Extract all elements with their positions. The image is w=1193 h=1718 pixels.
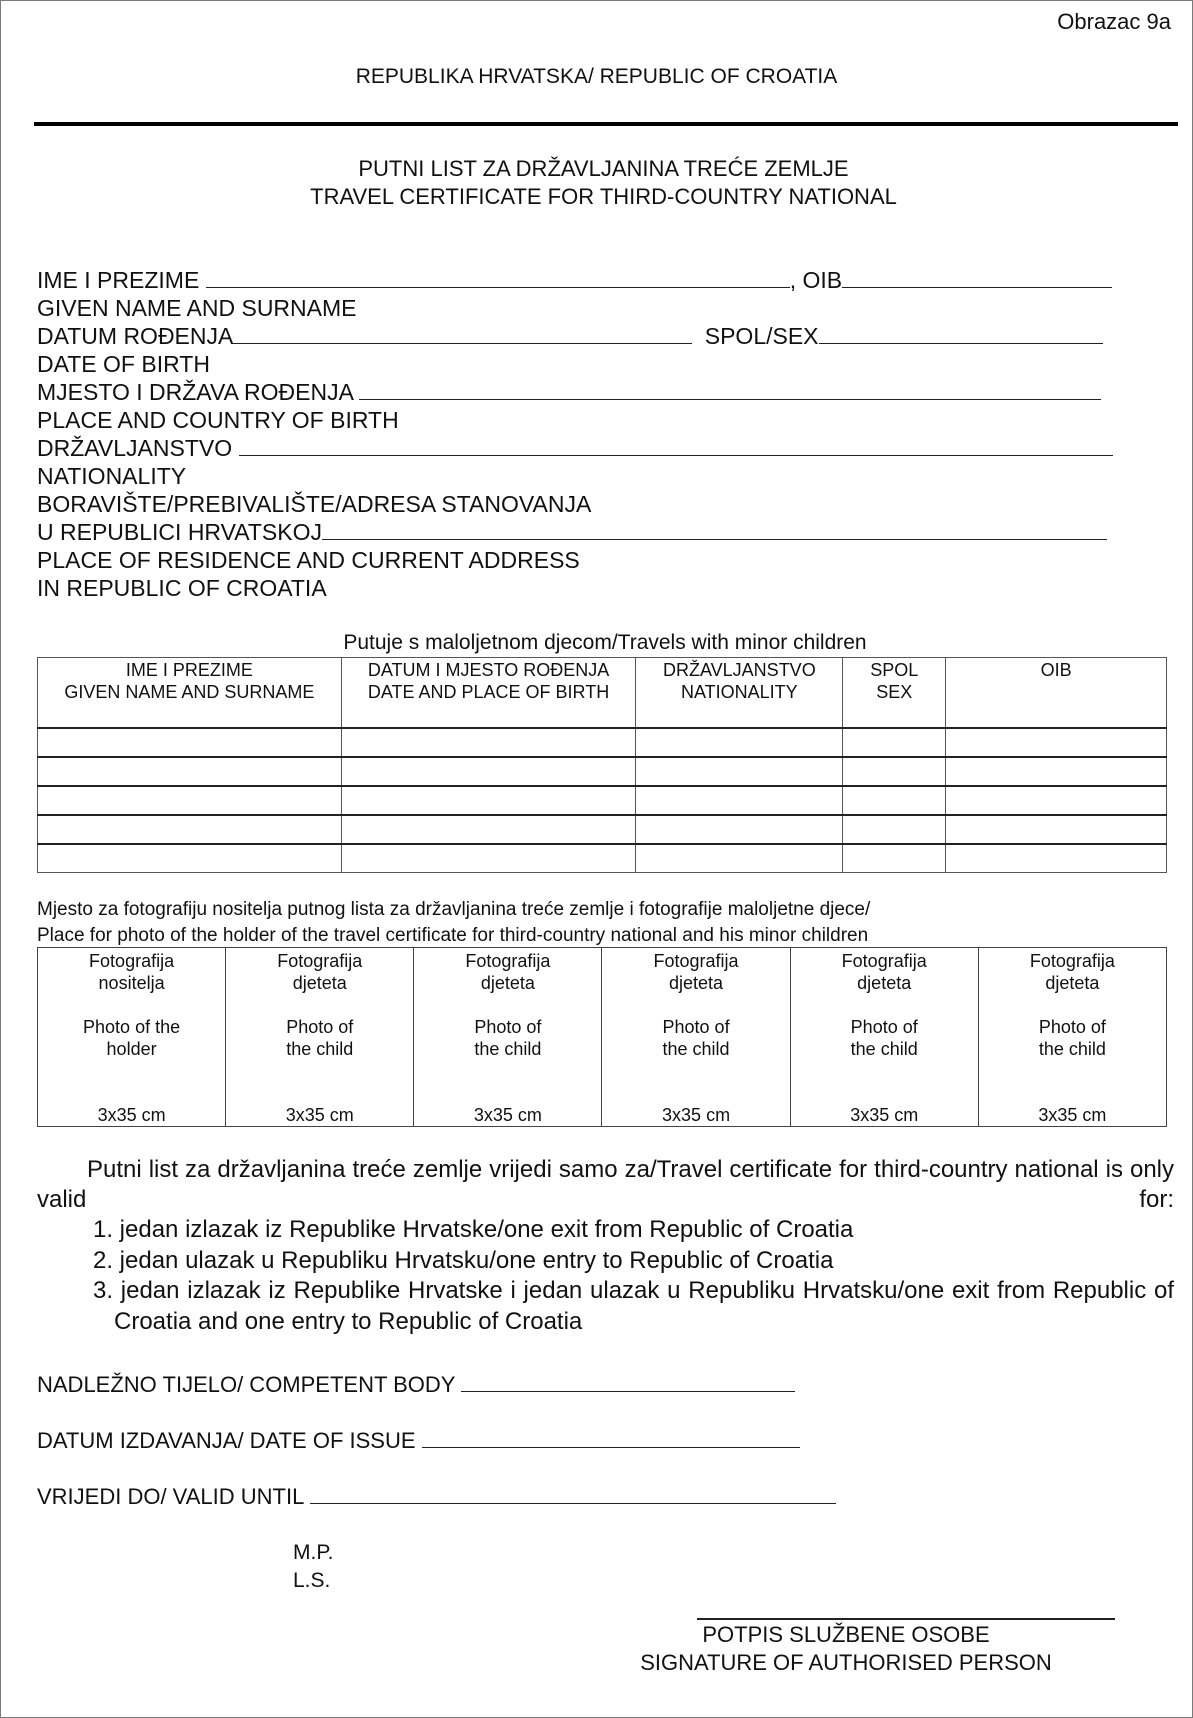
residence-label-en-1: PLACE OF RESIDENCE AND CURRENT ADDRESS xyxy=(37,547,580,574)
photo-box-child[interactable]: FotografijadjetetaPhoto ofthe child3x35 … xyxy=(602,948,790,1127)
table-row xyxy=(38,728,1167,757)
table-cell[interactable] xyxy=(38,844,342,873)
nationality-label: DRŽAVLJANSTVO xyxy=(37,435,232,461)
table-cell[interactable] xyxy=(38,786,342,815)
pob-label: MJESTO I DRŽAVA ROĐENJA xyxy=(37,379,353,405)
photo-box-child[interactable]: FotografijadjetetaPhoto ofthe child3x35 … xyxy=(978,948,1166,1127)
photo-boxes: FotografijanositeljaPhoto of theholder3x… xyxy=(37,947,1167,1127)
table-cell[interactable] xyxy=(843,786,946,815)
document-title-hr: PUTNI LIST ZA DRŽAVLJANINA TREĆE ZEMLJE xyxy=(0,156,1193,182)
header-divider xyxy=(34,122,1178,126)
dob-row: DATUM ROĐENJA SPOL/SEX xyxy=(37,323,1103,350)
sex-label: SPOL/SEX xyxy=(705,323,819,349)
photo-box-child[interactable]: FotografijadjetetaPhoto ofthe child3x35 … xyxy=(790,948,978,1127)
table-cell[interactable] xyxy=(843,728,946,757)
validity-item: 2. jedan ulazak u Republiku Hrvatsku/one… xyxy=(93,1246,1174,1277)
table-cell[interactable] xyxy=(341,786,636,815)
residence-label-en-2: IN REPUBLIC OF CROATIA xyxy=(37,575,327,602)
table-cell[interactable] xyxy=(38,757,342,786)
table-cell[interactable] xyxy=(946,844,1167,873)
valid-until-row: VRIJEDI DO/ VALID UNTIL xyxy=(37,1484,836,1510)
minors-header-row: IME I PREZIMEGIVEN NAME AND SURNAME DATU… xyxy=(38,658,1167,729)
photo-box-holder[interactable]: FotografijanositeljaPhoto of theholder3x… xyxy=(38,948,226,1127)
validity-section: Putni list za državljanina treće zemlje … xyxy=(37,1155,1174,1337)
table-cell[interactable] xyxy=(636,728,843,757)
document-title-en: TRAVEL CERTIFICATE FOR THIRD-COUNTRY NAT… xyxy=(0,184,1193,210)
competent-body-label: NADLEŽNO TIJELO/ COMPETENT BODY xyxy=(37,1372,455,1397)
name-field[interactable] xyxy=(206,269,790,288)
table-cell[interactable] xyxy=(38,728,342,757)
valid-until-field[interactable] xyxy=(310,1485,836,1504)
pob-label-en: PLACE AND COUNTRY OF BIRTH xyxy=(37,407,399,434)
table-row xyxy=(38,844,1167,873)
stamp-label-hr: M.P. xyxy=(293,1539,333,1567)
dob-field[interactable] xyxy=(233,325,692,344)
validity-intro: Putni list za državljanina treće zemlje … xyxy=(37,1155,1174,1215)
residence-label: U REPUBLICI HRVATSKOJ xyxy=(37,519,322,545)
stamp-label-en: L.S. xyxy=(293,1567,330,1595)
table-cell[interactable] xyxy=(843,815,946,844)
date-of-issue-row: DATUM IZDAVANJA/ DATE OF ISSUE xyxy=(37,1428,800,1454)
signature-label-en: SIGNATURE OF AUTHORISED PERSON xyxy=(630,1650,1062,1676)
table-row xyxy=(38,757,1167,786)
signature-label-hr: POTPIS SLUŽBENE OSOBE xyxy=(630,1622,1062,1648)
validity-list: 1. jedan izlazak iz Republike Hrvatske/o… xyxy=(37,1215,1174,1337)
nationality-label-en: NATIONALITY xyxy=(37,463,186,490)
table-cell[interactable] xyxy=(946,728,1167,757)
name-label-en: GIVEN NAME AND SURNAME xyxy=(37,295,357,322)
table-cell[interactable] xyxy=(341,728,636,757)
table-cell[interactable] xyxy=(946,786,1167,815)
column-header-oib: OIB xyxy=(946,658,1167,729)
residence-label-hr-1: BORAVIŠTE/PREBIVALIŠTE/ADRESA STANOVANJA xyxy=(37,491,591,518)
competent-body-field[interactable] xyxy=(461,1373,795,1392)
competent-body-row: NADLEŽNO TIJELO/ COMPETENT BODY xyxy=(37,1372,795,1398)
table-cell[interactable] xyxy=(341,815,636,844)
table-cell[interactable] xyxy=(636,844,843,873)
table-cell[interactable] xyxy=(843,757,946,786)
photo-box-child[interactable]: FotografijadjetetaPhoto ofthe child3x35 … xyxy=(414,948,602,1127)
minors-table: IME I PREZIMEGIVEN NAME AND SURNAME DATU… xyxy=(37,657,1167,873)
pob-row: MJESTO I DRŽAVA ROĐENJA xyxy=(37,379,1101,406)
residence-row: U REPUBLICI HRVATSKOJ xyxy=(37,519,1107,546)
residence-field[interactable] xyxy=(322,521,1107,540)
photo-caption-hr: Mjesto za fotografiju nositelja putnog l… xyxy=(37,899,870,921)
dob-label-en: DATE OF BIRTH xyxy=(37,351,210,378)
table-cell[interactable] xyxy=(636,757,843,786)
signature-field[interactable] xyxy=(697,1618,1115,1620)
table-cell[interactable] xyxy=(946,815,1167,844)
column-header-birth: DATUM I MJESTO ROĐENJADATE AND PLACE OF … xyxy=(341,658,636,729)
table-cell[interactable] xyxy=(341,844,636,873)
date-of-issue-label: DATUM IZDAVANJA/ DATE OF ISSUE xyxy=(37,1428,416,1453)
nationality-field[interactable] xyxy=(239,437,1113,456)
name-label: IME I PREZIME xyxy=(37,267,199,293)
form-number: Obrazac 9a xyxy=(1057,9,1171,35)
validity-item: 3. jedan izlazak iz Republike Hrvatske i… xyxy=(93,1276,1174,1337)
photo-caption-en: Place for photo of the holder of the tra… xyxy=(37,925,868,947)
table-cell[interactable] xyxy=(843,844,946,873)
valid-until-label: VRIJEDI DO/ VALID UNTIL xyxy=(37,1484,304,1509)
column-header-name: IME I PREZIMEGIVEN NAME AND SURNAME xyxy=(38,658,342,729)
oib-field[interactable] xyxy=(842,269,1112,288)
photo-box-child[interactable]: FotografijadjetetaPhoto ofthe child3x35 … xyxy=(226,948,414,1127)
sex-field[interactable] xyxy=(819,325,1103,344)
name-row: IME I PREZIME , OIB xyxy=(37,267,1112,294)
column-header-sex: SPOLSEX xyxy=(843,658,946,729)
dob-label: DATUM ROĐENJA xyxy=(37,323,233,349)
table-row xyxy=(38,815,1167,844)
pob-field[interactable] xyxy=(359,381,1101,400)
table-row xyxy=(38,786,1167,815)
validity-item: 1. jedan izlazak iz Republike Hrvatske/o… xyxy=(93,1215,1174,1246)
issuing-state: REPUBLIKA HRVATSKA/ REPUBLIC OF CROATIA xyxy=(0,65,1193,89)
table-cell[interactable] xyxy=(946,757,1167,786)
nationality-row: DRŽAVLJANSTVO xyxy=(37,435,1113,462)
column-header-nationality: DRŽAVLJANSTVONATIONALITY xyxy=(636,658,843,729)
minors-caption: Putuje s maloljetnom djecom/Travels with… xyxy=(0,631,1193,655)
oib-label: , OIB xyxy=(790,267,842,293)
table-cell[interactable] xyxy=(636,786,843,815)
table-cell[interactable] xyxy=(636,815,843,844)
date-of-issue-field[interactable] xyxy=(422,1429,800,1448)
table-cell[interactable] xyxy=(38,815,342,844)
table-cell[interactable] xyxy=(341,757,636,786)
